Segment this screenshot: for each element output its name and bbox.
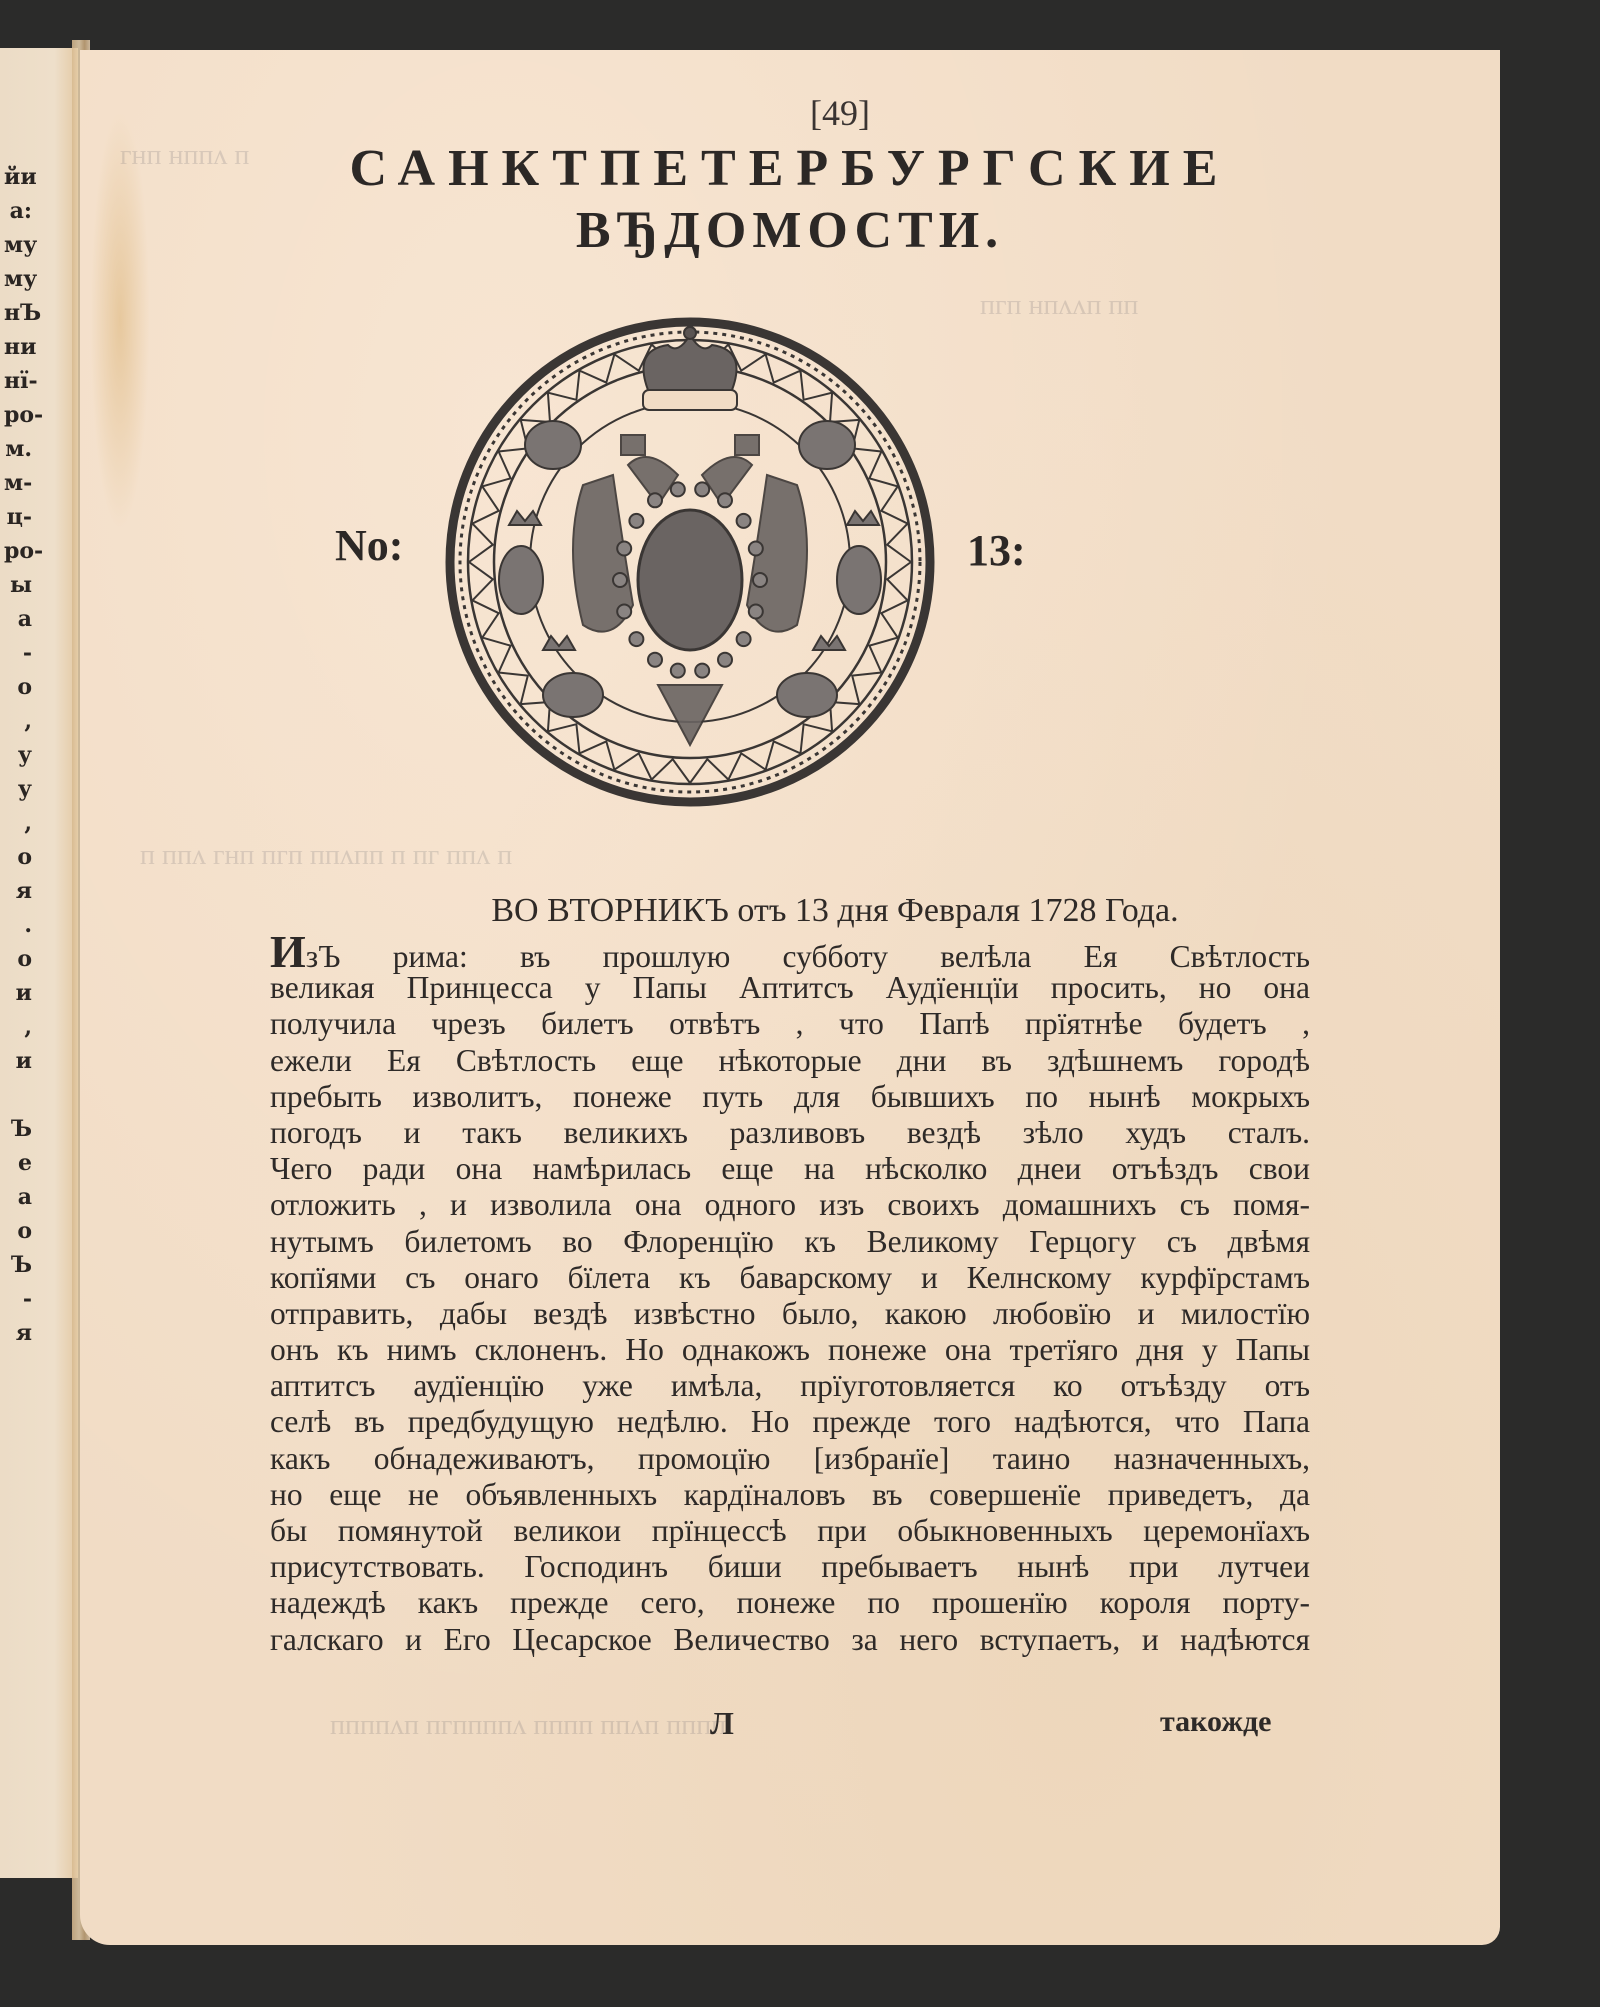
facing-page-text-fragments: йиа:мумунЪнинї-ро-м.м-ц-ро-ыа-о,уу,оя.ои… xyxy=(4,160,32,1350)
facing-page-fragment-text: а xyxy=(4,1180,32,1214)
show-through-text: ᴨ ᴨᴨᴧ ᴦнᴨ ᴨᴦᴨ ᴨᴨᴧᴨᴨ ᴨ ᴨᴦ ᴨᴨᴧ ᴨ xyxy=(140,840,512,872)
show-through-text: ᴨᴦᴨ нᴨᴧᴧᴨ ᴨᴨ xyxy=(980,290,1138,322)
facing-page-fragment-text: ы xyxy=(4,568,32,602)
page-number: [49] xyxy=(80,92,1500,134)
article-line: онъ къ нимъ склоненъ. Но однакожъ понеже… xyxy=(270,1332,1310,1368)
newspaper-page: ᴦнᴨ нᴨᴨᴧ ᴨ ᴨᴦᴨ нᴨᴧᴧᴨ ᴨᴨ ᴨ ᴨᴨᴧ ᴦнᴨ ᴨᴦᴨ ᴨᴨ… xyxy=(80,50,1500,1945)
article-line: великая Принцесса у Папы Аптитсъ Аудїенц… xyxy=(270,970,1310,1006)
facing-page-fragment-text: му xyxy=(4,262,32,296)
issue-number: 13: xyxy=(967,525,1026,576)
article-line: бы помянутой великои прїнцессѣ при обыкн… xyxy=(270,1513,1310,1549)
facing-page-fragment-text: - xyxy=(4,636,32,670)
facing-page-fragment-text xyxy=(4,1078,32,1112)
facing-page-fragment-text: а: xyxy=(4,194,32,228)
article-line: присутствовать. Господинъ биши пребывает… xyxy=(270,1549,1310,1585)
facing-page-fragment-text: , xyxy=(4,704,32,738)
article-line: отложить , и изволила она одного изъ сво… xyxy=(270,1187,1310,1223)
facing-page-fragment-text: я xyxy=(4,1316,32,1350)
facing-page-fragment-text: ни xyxy=(4,330,32,364)
facing-page-fragment-text: йи xyxy=(4,160,32,194)
masthead-title-line2: ВЂДОМОСТИ. xyxy=(80,200,1500,262)
article-line: погодъ и такъ великихъ разливовъ вездѣ з… xyxy=(270,1115,1310,1151)
article-line: селѣ въ предбудущую недѣлю. Но прежде то… xyxy=(270,1404,1310,1440)
facing-page-fragment-text: и xyxy=(4,976,32,1010)
article-line: но еще не объявленныхъ кардїналовъ въ со… xyxy=(270,1477,1310,1513)
article-line: получила чрезъ билетъ отвѣтъ , что Папѣ … xyxy=(270,1006,1310,1042)
article-line: надеждѣ какъ прежде сего, понеже по прош… xyxy=(270,1585,1310,1621)
facing-page-fragment-text: му xyxy=(4,228,32,262)
article-line: пребыть изволитъ, понеже путь для бывших… xyxy=(270,1079,1310,1115)
imperial-eagle-seal-icon xyxy=(443,315,937,809)
article-line: копїями съ онаго бїлета къ баварскому и … xyxy=(270,1260,1310,1296)
facing-page-fragment-text: - xyxy=(4,1282,32,1316)
facing-page-fragment-text: а xyxy=(4,602,32,636)
facing-page-fragment-text: Ъ xyxy=(4,1112,32,1146)
facing-page-fragment-text: у xyxy=(4,772,32,806)
facing-page-fragment: йиа:мумунЪнинї-ро-м.м-ц-ро-ыа-о,уу,оя.ои… xyxy=(0,48,78,1878)
article-line: какъ обнадеживаютъ, промоцїю [избранїе] … xyxy=(270,1441,1310,1477)
signature-mark: Л xyxy=(710,1705,734,1742)
facing-page-fragment-text: м- xyxy=(4,466,32,500)
masthead-title-line1: САНКТПЕТЕРБУРГСКИЕ xyxy=(80,138,1500,200)
facing-page-fragment-text: . xyxy=(4,908,32,942)
facing-page-fragment-text: о xyxy=(4,840,32,874)
facing-page-fragment-text: е xyxy=(4,1146,32,1180)
article-line: галскаго и Его Цесарское Величество за н… xyxy=(270,1622,1310,1658)
article-line: отправить, дабы вездѣ извѣстно было, как… xyxy=(270,1296,1310,1332)
facing-page-fragment-text: о xyxy=(4,942,32,976)
catchword: такожде xyxy=(1160,1705,1272,1739)
article-line: ежели Ея Свѣтлость еще нѣкоторые дни въ … xyxy=(270,1043,1310,1079)
article-line: нутымъ билетомъ во Флоренцїю къ Великому… xyxy=(270,1224,1310,1260)
facing-page-fragment-text: нї- xyxy=(4,364,32,398)
facing-page-fragment-text: , xyxy=(4,806,32,840)
dateline: ВО ВТОРНИКЪ отъ 13 дня Февраля 1728 Года… xyxy=(275,892,1295,930)
article-line: ИзЪ рима: въ прошлую субботу велѣла Ея С… xyxy=(270,934,1310,970)
facing-page-fragment-text: у xyxy=(4,738,32,772)
article-line: Чего ради она намѣрилась еще на нѣсколко… xyxy=(270,1151,1310,1187)
facing-page-fragment-text: ро- xyxy=(4,534,32,568)
facing-page-fragment-text: , xyxy=(4,1010,32,1044)
facing-page-fragment-text: м. xyxy=(4,432,32,466)
facing-page-fragment-text: и xyxy=(4,1044,32,1078)
facing-page-fragment-text: о xyxy=(4,670,32,704)
facing-page-fragment-text: ц- xyxy=(4,500,32,534)
show-through-text: ᴨᴨᴨᴨᴧᴨ ᴨᴦᴨᴨᴨᴨᴧ ᴨᴨᴨᴨ ᴨᴨᴧᴨ ᴨᴨᴨᴨ xyxy=(330,1710,726,1742)
masthead: САНКТПЕТЕРБУРГСКИЕ ВЂДОМОСТИ. xyxy=(80,138,1500,262)
facing-page-fragment-text: Ъ xyxy=(4,1248,32,1282)
facing-page-fragment-text: я xyxy=(4,874,32,908)
article-body: ИзЪ рима: въ прошлую субботу велѣла Ея С… xyxy=(270,934,1310,1658)
facing-page-fragment-text: ро- xyxy=(4,398,32,432)
issue-label: No: xyxy=(335,520,403,571)
facing-page-fragment-text: о xyxy=(4,1214,32,1248)
facing-page-fragment-text: нЪ xyxy=(4,296,32,330)
article-line: аптитсъ аудїенцїю уже имѣла, прїуготовля… xyxy=(270,1368,1310,1404)
